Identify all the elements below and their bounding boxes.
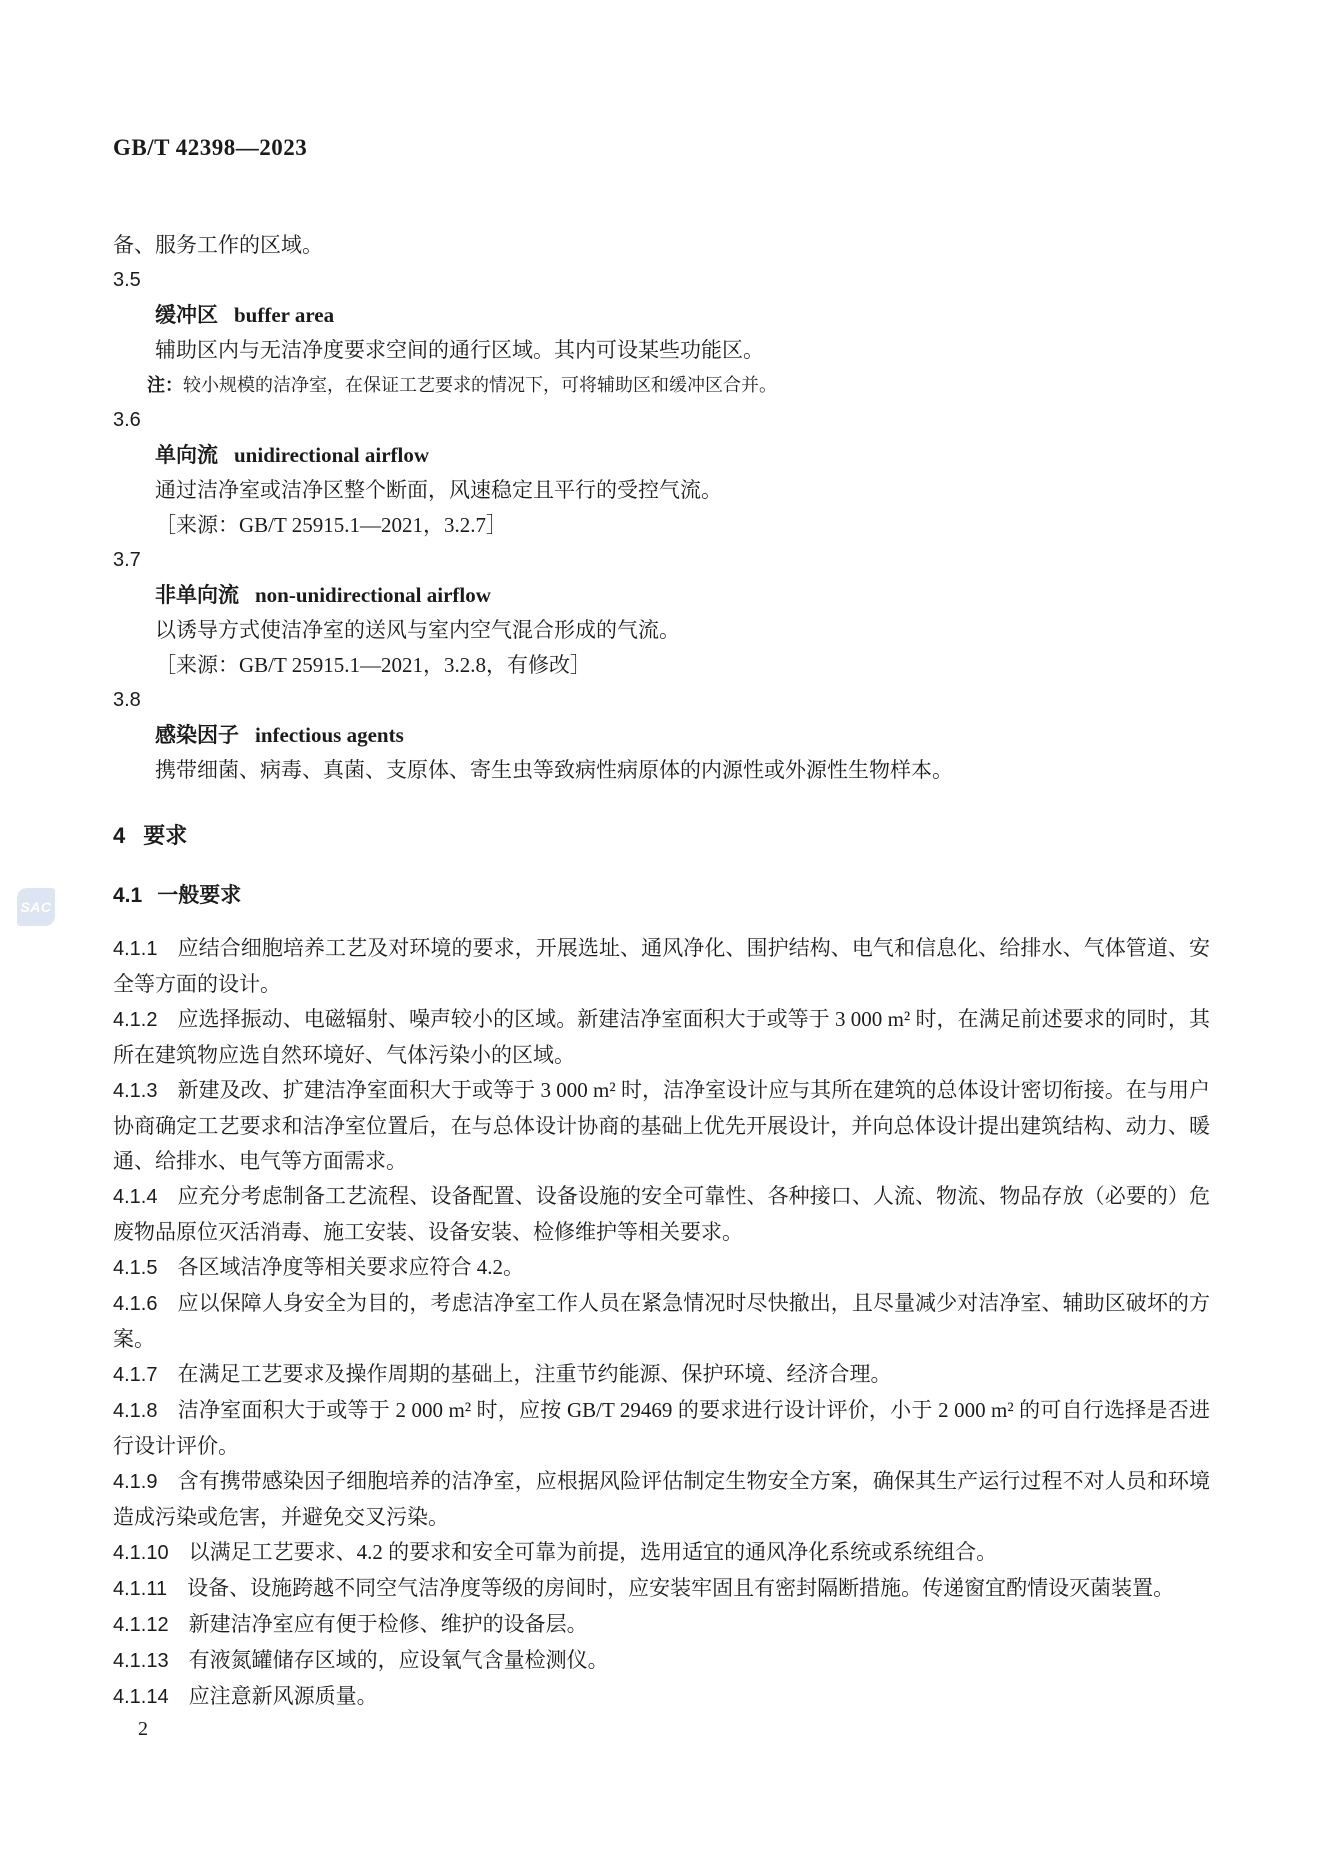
term-source: ［来源：GB/T 25915.1—2021，3.2.8，有修改］ xyxy=(113,648,1210,683)
clause-number: 4.1.1 xyxy=(113,938,157,960)
clause-text: 应结合细胞培养工艺及对环境的要求，开展选址、通风净化、围护结构、电气和信息化、给… xyxy=(113,936,1210,996)
clause-number: 4.1.13 xyxy=(113,1650,169,1672)
term-definition: 辅助区内与无洁净度要求空间的通行区域。其内可设某些功能区。 xyxy=(113,333,1210,368)
clause: 4.1.1应结合细胞培养工艺及对环境的要求，开展选址、通风净化、围护结构、电气和… xyxy=(113,931,1210,1002)
clause-number: 4.1.9 xyxy=(113,1471,157,1493)
clause-text: 应注意新风源质量。 xyxy=(189,1684,378,1708)
note-label: 注： xyxy=(147,375,183,395)
section-title: 要求 xyxy=(143,823,187,848)
clause-text: 各区域洁净度等相关要求应符合 4.2。 xyxy=(177,1255,524,1279)
section-heading: 4要求 xyxy=(113,818,1210,853)
document-page: GB/T 42398—2023 备、服务工作的区域。 3.5 缓冲区buffer… xyxy=(0,0,1323,1715)
clause: 4.1.11设备、设施跨越不同空气洁净度等级的房间时，应安装牢固且有密封隔断措施… xyxy=(113,1571,1210,1607)
term-source: ［来源：GB/T 25915.1—2021，3.2.7］ xyxy=(113,508,1210,543)
term-zh: 非单向流 xyxy=(155,584,239,607)
term-en: unidirectional airflow xyxy=(234,443,429,467)
clause-number: 4.1.3 xyxy=(113,1080,157,1102)
term-zh: 感染因子 xyxy=(155,724,239,747)
subsection-number: 4.1 xyxy=(113,884,142,907)
term-number: 3.8 xyxy=(113,683,1210,718)
clause-text: 应选择振动、电磁辐射、噪声较小的区域。新建洁净室面积大于或等于 3 000 m²… xyxy=(113,1007,1210,1067)
clause-number: 4.1.14 xyxy=(113,1686,169,1708)
clause-text: 应以保障人身安全为目的，考虑洁净室工作人员在紧急情况时尽快撤出，且尽量减少对洁净… xyxy=(113,1291,1210,1351)
intro-continuation-text: 备、服务工作的区域。 xyxy=(113,228,1210,263)
clause: 4.1.9含有携带感染因子细胞培养的洁净室，应根据风险评估制定生物安全方案，确保… xyxy=(113,1464,1210,1535)
clause-text: 设备、设施跨越不同空气洁净度等级的房间时，应安装牢固且有密封隔断措施。传递窗宜酌… xyxy=(187,1576,1174,1600)
note-text: 较小规模的洁净室，在保证工艺要求的情况下，可将辅助区和缓冲区合并。 xyxy=(183,375,777,395)
clause: 4.1.3新建及改、扩建洁净室面积大于或等于 3 000 m² 时，洁净室设计应… xyxy=(113,1073,1210,1179)
sac-watermark-logo: SAC xyxy=(17,888,55,926)
clause: 4.1.2应选择振动、电磁辐射、噪声较小的区域。新建洁净室面积大于或等于 3 0… xyxy=(113,1002,1210,1073)
term-note: 注：较小规模的洁净室，在保证工艺要求的情况下，可将辅助区和缓冲区合并。 xyxy=(113,368,1210,403)
term-definition: 以诱导方式使洁净室的送风与室内空气混合形成的气流。 xyxy=(113,613,1210,648)
clause: 4.1.5各区域洁净度等相关要求应符合 4.2。 xyxy=(113,1250,1210,1286)
term-heading: 感染因子infectious agents xyxy=(113,718,1210,753)
term-en: buffer area xyxy=(234,303,334,327)
clause-number: 4.1.8 xyxy=(113,1400,157,1422)
clause-text: 含有携带感染因子细胞培养的洁净室，应根据风险评估制定生物安全方案，确保其生产运行… xyxy=(113,1469,1210,1529)
clause-text: 以满足工艺要求、4.2 的要求和安全可靠为前提，选用适宜的通风净化系统或系统组合… xyxy=(189,1540,998,1564)
term-en: non-unidirectional airflow xyxy=(255,583,491,607)
clause-text: 有液氮罐储存区域的，应设氧气含量检测仪。 xyxy=(189,1648,609,1672)
term-definition: 通过洁净室或洁净区整个断面，风速稳定且平行的受控气流。 xyxy=(113,473,1210,508)
subsection-title: 一般要求 xyxy=(157,884,241,907)
term-number: 3.7 xyxy=(113,543,1210,578)
term-number: 3.5 xyxy=(113,263,1210,298)
term-heading: 单向流unidirectional airflow xyxy=(113,438,1210,473)
clause-number: 4.1.7 xyxy=(113,1364,157,1386)
clause-number: 4.1.5 xyxy=(113,1257,157,1279)
clause-list: 4.1.1应结合细胞培养工艺及对环境的要求，开展选址、通风净化、围护结构、电气和… xyxy=(113,931,1210,1715)
clause-text: 洁净室面积大于或等于 2 000 m² 时，应按 GB/T 29469 的要求进… xyxy=(113,1398,1210,1458)
clause-text: 新建及改、扩建洁净室面积大于或等于 3 000 m² 时，洁净室设计应与其所在建… xyxy=(113,1078,1210,1173)
clause-number: 4.1.11 xyxy=(113,1578,167,1600)
clause-text: 应充分考虑制备工艺流程、设备配置、设备设施的安全可靠性、各种接口、人流、物流、物… xyxy=(113,1184,1210,1244)
clause-number: 4.1.4 xyxy=(113,1186,157,1208)
section-number: 4 xyxy=(113,823,125,848)
term-en: infectious agents xyxy=(255,723,404,747)
term-heading: 非单向流non-unidirectional airflow xyxy=(113,578,1210,613)
page-number: 2 xyxy=(138,1718,148,1741)
clause-number: 4.1.6 xyxy=(113,1293,157,1315)
clause: 4.1.8洁净室面积大于或等于 2 000 m² 时，应按 GB/T 29469… xyxy=(113,1393,1210,1464)
clause: 4.1.6应以保障人身安全为目的，考虑洁净室工作人员在紧急情况时尽快撤出，且尽量… xyxy=(113,1286,1210,1357)
clause-number: 4.1.12 xyxy=(113,1614,169,1636)
clause: 4.1.10以满足工艺要求、4.2 的要求和安全可靠为前提，选用适宜的通风净化系… xyxy=(113,1535,1210,1571)
clause-number: 4.1.10 xyxy=(113,1542,169,1564)
clause: 4.1.12新建洁净室应有便于检修、维护的设备层。 xyxy=(113,1607,1210,1643)
subsection-heading: 4.1一般要求 xyxy=(113,878,1210,913)
clause: 4.1.14应注意新风源质量。 xyxy=(113,1679,1210,1715)
term-zh: 缓冲区 xyxy=(155,304,218,327)
term-zh: 单向流 xyxy=(155,444,218,467)
clause-text: 在满足工艺要求及操作周期的基础上，注重节约能源、保护环境、经济合理。 xyxy=(177,1362,891,1386)
term-heading: 缓冲区buffer area xyxy=(113,298,1210,333)
clause: 4.1.7在满足工艺要求及操作周期的基础上，注重节约能源、保护环境、经济合理。 xyxy=(113,1357,1210,1393)
clause-text: 新建洁净室应有便于检修、维护的设备层。 xyxy=(189,1612,588,1636)
clause: 4.1.4应充分考虑制备工艺流程、设备配置、设备设施的安全可靠性、各种接口、人流… xyxy=(113,1179,1210,1250)
clause: 4.1.13有液氮罐储存区域的，应设氧气含量检测仪。 xyxy=(113,1643,1210,1679)
term-definition: 携带细菌、病毒、真菌、支原体、寄生虫等致病性病原体的内源性或外源性生物样本。 xyxy=(113,753,1210,788)
clause-number: 4.1.2 xyxy=(113,1009,157,1031)
standard-number-header: GB/T 42398—2023 xyxy=(113,133,1210,163)
term-number: 3.6 xyxy=(113,403,1210,438)
